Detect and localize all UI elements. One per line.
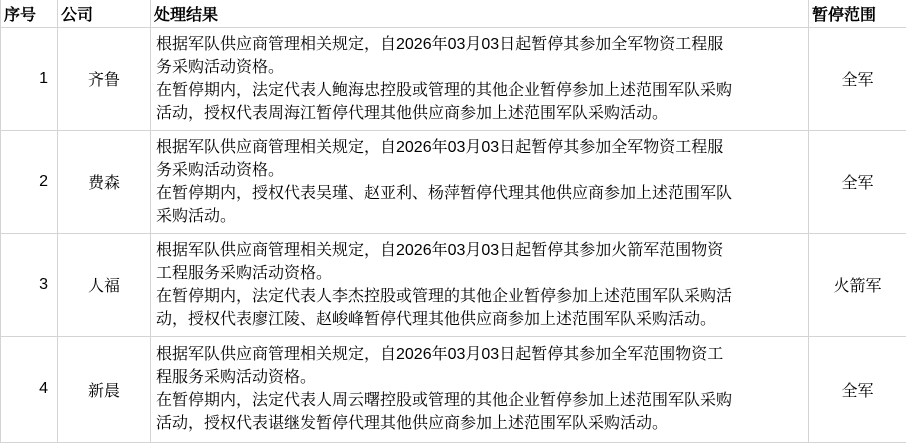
row-index: 1: [1, 27, 58, 130]
supplier-suspension-table: 序号 公司 处理结果 暂停范围 1 齐鲁 根据军队供应商管理相关规定，自2026…: [0, 0, 906, 443]
header-result: 处理结果: [151, 0, 809, 27]
row-index: 4: [1, 336, 58, 442]
processing-result: 根据军队供应商管理相关规定，自2026年03月03日起暂停其参加火箭军范围物资 …: [151, 233, 809, 336]
company-name: 齐鲁: [58, 27, 151, 130]
suspension-scope: 全军: [809, 130, 906, 233]
processing-result: 根据军队供应商管理相关规定，自2026年03月03日起暂停其参加全军物资工程服 …: [151, 130, 809, 233]
processing-result: 根据军队供应商管理相关规定，自2026年03月03日起暂停其参加全军范围物资工 …: [151, 336, 809, 442]
table-row: 3 人福 根据军队供应商管理相关规定，自2026年03月03日起暂停其参加火箭军…: [1, 233, 906, 336]
table-row: 4 新晨 根据军队供应商管理相关规定，自2026年03月03日起暂停其参加全军范…: [1, 336, 906, 442]
company-name: 人福: [58, 233, 151, 336]
table-header-row: 序号 公司 处理结果 暂停范围: [1, 0, 906, 27]
suspension-scope: 全军: [809, 27, 906, 130]
company-name: 费森: [58, 130, 151, 233]
row-index: 2: [1, 130, 58, 233]
header-scope: 暂停范围: [809, 0, 906, 27]
suspension-scope: 全军: [809, 336, 906, 442]
suspension-scope: 火箭军: [809, 233, 906, 336]
row-index: 3: [1, 233, 58, 336]
processing-result: 根据军队供应商管理相关规定，自2026年03月03日起暂停其参加全军物资工程服 …: [151, 27, 809, 130]
table-row: 1 齐鲁 根据军队供应商管理相关规定，自2026年03月03日起暂停其参加全军物…: [1, 27, 906, 130]
table-row: 2 费森 根据军队供应商管理相关规定，自2026年03月03日起暂停其参加全军物…: [1, 130, 906, 233]
page: 序号 公司 处理结果 暂停范围 1 齐鲁 根据军队供应商管理相关规定，自2026…: [0, 0, 906, 444]
company-name: 新晨: [58, 336, 151, 442]
header-company: 公司: [58, 0, 151, 27]
header-index: 序号: [1, 0, 58, 27]
